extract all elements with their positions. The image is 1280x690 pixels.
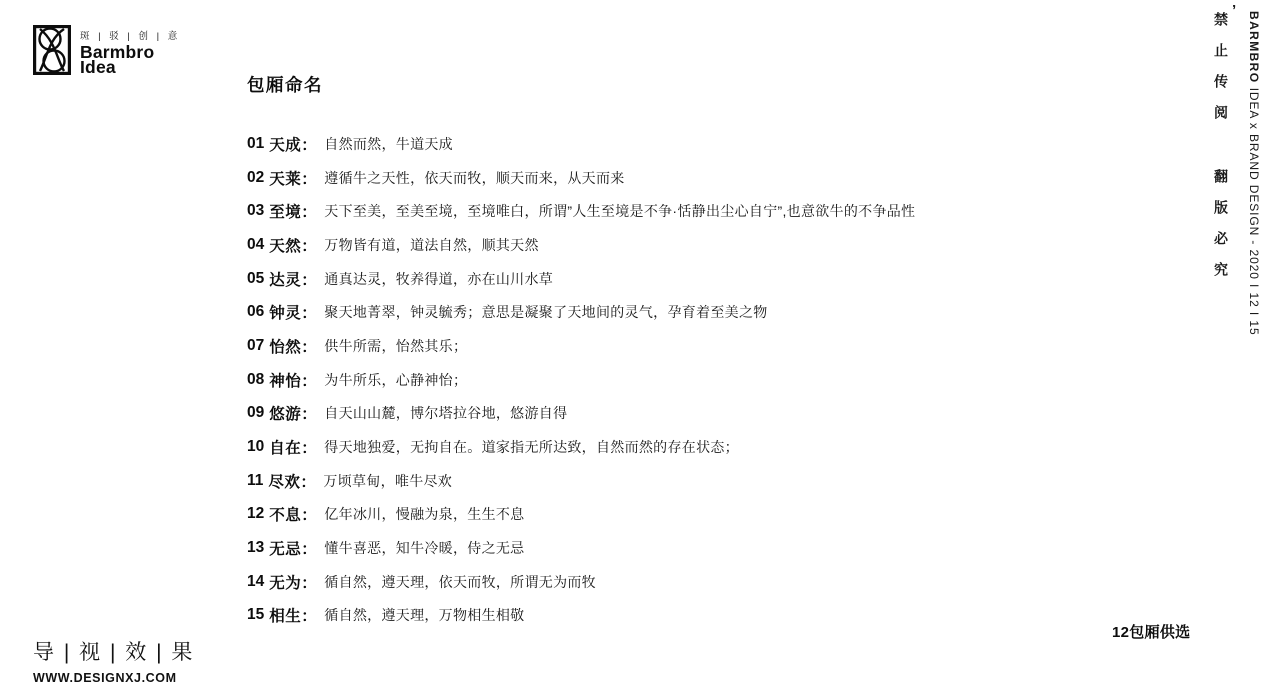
footer-website: WWW.DESIGNXJ.COM (33, 671, 177, 685)
list-item: 04 天然： 万物皆有道，道法自然，顺其天然 (247, 228, 1147, 262)
item-name: 钟灵： (269, 301, 317, 323)
credit-rest: IDEA x BRAND DESIGN - 2020 I 12 I 15 (1247, 83, 1261, 335)
item-number: 02 (247, 169, 264, 187)
item-name: 相生： (269, 604, 317, 626)
item-number: 15 (247, 606, 264, 624)
item-name: 至境： (269, 200, 317, 222)
list-item: 09 悠游： 自天山山麓，博尔塔拉谷地，悠游自得 (247, 397, 1147, 431)
item-number: 10 (247, 438, 264, 456)
item-name: 不息： (269, 503, 317, 525)
list-item: 01 天成： 自然而然，牛道天成 (247, 127, 1147, 161)
list-item: 12 不息： 亿年冰川，慢融为泉，生生不息 (247, 498, 1147, 532)
page-title: 包厢命名 (247, 72, 1147, 97)
vertical-notice: 禁止传阅 翻版必究 (1211, 12, 1231, 293)
list-item: 11 尽欢： 万顷草甸，唯牛尽欢 (247, 464, 1147, 498)
item-desc: 遵循牛之天性，依天而牧，顺天而来，从天而来 (324, 168, 624, 188)
item-desc: 自天山山麓，博尔塔拉谷地，悠游自得 (324, 403, 567, 423)
item-number: 06 (247, 303, 264, 321)
item-number: 12 (247, 505, 264, 523)
vertical-credit: BARMBRO IDEA x BRAND DESIGN - 2020 I 12 … (1247, 11, 1261, 336)
item-desc: 循自然，遵天理，依天而牧，所谓无为而牧 (324, 572, 596, 592)
list-item: 02 天莱： 遵循牛之天性，依天而牧，顺天而来，从天而来 (247, 161, 1147, 195)
item-name: 天成： (269, 133, 317, 155)
item-number: 04 (247, 236, 264, 254)
item-desc: 懂牛喜恶，知牛冷暖，侍之无忌 (324, 538, 524, 558)
item-desc: 得天地独爱，无拘自在。道家指无所达致，自然而然的存在状态； (324, 437, 739, 457)
item-name: 怡然： (269, 335, 317, 357)
item-desc: 聚天地菁翠，钟灵毓秀；意思是凝聚了天地间的灵气，孕育着至美之物 (324, 302, 767, 322)
barmbro-logo: 斑 | 驳 | 创 | 意 Barmbro Idea (33, 25, 180, 76)
item-number: 09 (247, 404, 264, 422)
logo-chinese-name: 斑 | 驳 | 创 | 意 (80, 28, 180, 42)
barmbro-logo-icon (33, 25, 71, 75)
item-name: 神怡： (269, 369, 317, 391)
item-name: 悠游： (269, 402, 317, 424)
item-number: 07 (247, 337, 264, 355)
list-item: 06 钟灵： 聚天地菁翠，钟灵毓秀；意思是凝聚了天地间的灵气，孕育着至美之物 (247, 295, 1147, 329)
logo-latin-line2: Idea (80, 60, 180, 75)
item-name: 天然： (269, 234, 317, 256)
item-desc: 循自然，遵天理，万物相生相敬 (324, 605, 524, 625)
item-name: 无忌： (269, 537, 317, 559)
list-item: 14 无为： 循自然，遵天理，依天而牧，所谓无为而牧 (247, 565, 1147, 599)
list-item: 05 达灵： 通真达灵，牧养得道，亦在山川水草 (247, 262, 1147, 296)
list-item: 10 自在： 得天地独爱，无拘自在。道家指无所达致，自然而然的存在状态； (247, 430, 1147, 464)
item-number: 13 (247, 539, 264, 557)
list-item: 08 神怡： 为牛所乐，心静神怡； (247, 363, 1147, 397)
item-desc: 供牛所需，怡然其乐； (324, 336, 467, 356)
item-name: 尽欢： (268, 470, 316, 492)
item-desc: 为牛所乐，心静神怡； (324, 370, 467, 390)
list-item: 07 怡然： 供牛所需，怡然其乐； (247, 329, 1147, 363)
item-number: 05 (247, 270, 264, 288)
list-item: 03 至境： 天下至美，至美至境，至境唯白，所谓”人生至境是不争·恬静出尘心自宁… (247, 194, 1147, 228)
logo-text: 斑 | 驳 | 创 | 意 Barmbro Idea (80, 25, 180, 76)
item-desc: 亿年冰川，慢融为泉，生生不息 (324, 504, 524, 524)
item-name: 自在： (269, 436, 317, 458)
list-item: 15 相生： 循自然，遵天理，万物相生相敬 (247, 599, 1147, 633)
item-number: 11 (247, 472, 263, 490)
room-count-note: 12包厢供选 (1112, 621, 1191, 642)
list-item: 13 无忌： 懂牛喜恶，知牛冷暖，侍之无忌 (247, 531, 1147, 565)
item-desc: 万顷草甸，唯牛尽欢 (323, 471, 452, 491)
item-desc: 自然而然，牛道天成 (324, 134, 453, 154)
item-number: 14 (247, 573, 264, 591)
credit-brand: BARMBRO (1247, 11, 1261, 83)
item-name: 天莱： (269, 167, 317, 189)
item-desc: 万物皆有道，道法自然，顺其天然 (324, 235, 539, 255)
item-name: 达灵： (269, 268, 317, 290)
item-desc: 通真达灵，牧养得道，亦在山川水草 (324, 269, 553, 289)
quote-mark: ’ (1232, 2, 1236, 19)
item-number: 03 (247, 202, 264, 220)
item-desc: 天下至美，至美至境，至境唯白，所谓”人生至境是不争·恬静出尘心自宁”,也意欲牛的… (324, 201, 915, 221)
item-number: 01 (247, 135, 264, 153)
item-name: 无为： (269, 571, 317, 593)
main-content: 包厢命名 01 天成： 自然而然，牛道天成 02 天莱： 遵循牛之天性，依天而牧… (247, 72, 1147, 632)
item-number: 08 (247, 371, 264, 389)
footer-section-label: 导 | 视 | 效 | 果 (33, 636, 194, 666)
